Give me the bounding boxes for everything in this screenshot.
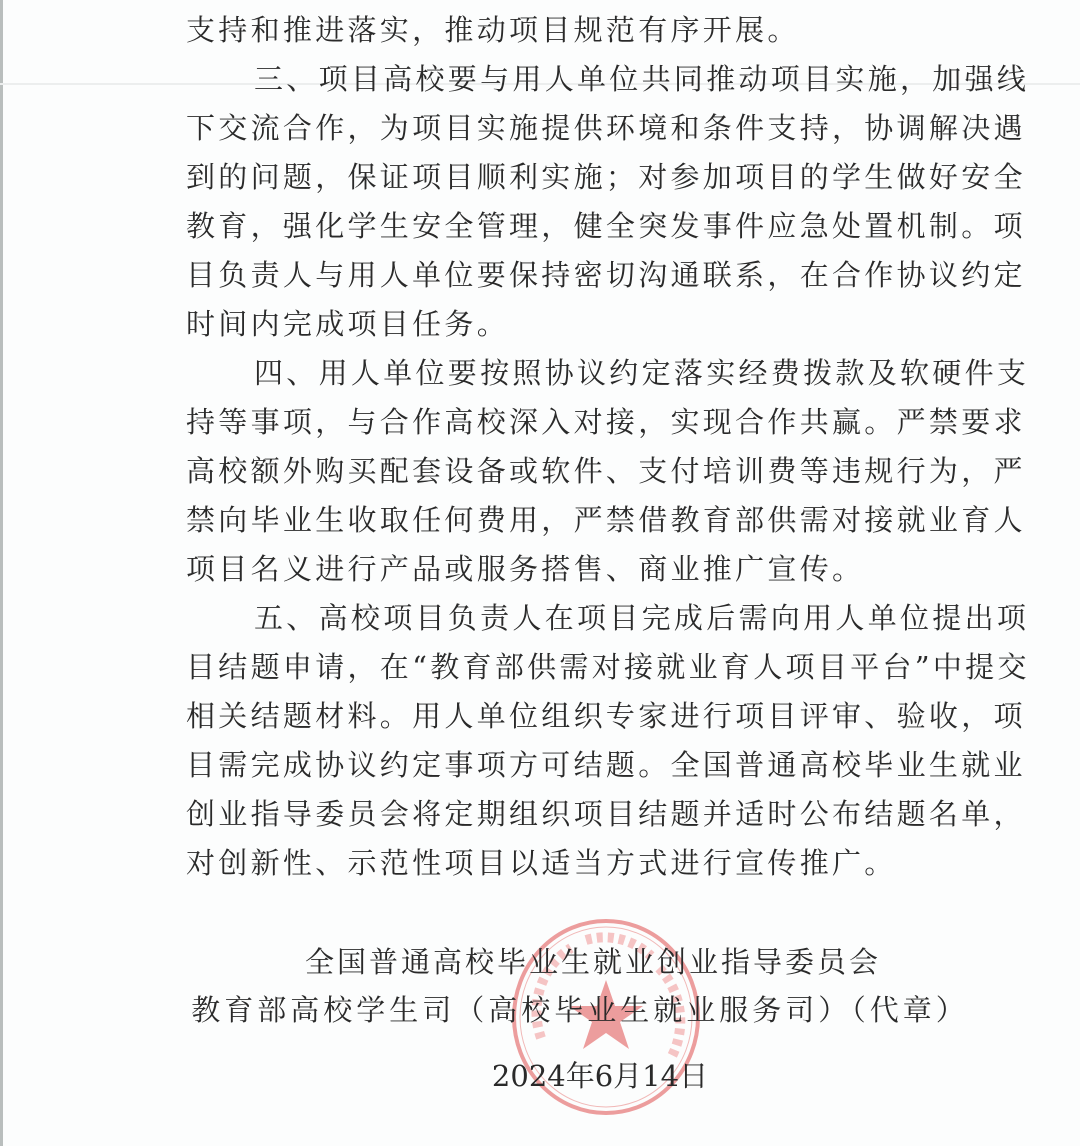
document-body: 支持和推进落实，推动项目规范有序开展。 三、项目高校要与用人单位共同推动项目实施… <box>186 6 906 888</box>
text-line: 五、高校项目负责人在项目完成后需向用人单位提出项 <box>186 594 906 643</box>
paragraph-item-5: 五、高校项目负责人在项目完成后需向用人单位提出项 目结题申请，在“教育部供需对接… <box>186 594 906 888</box>
text-line: 目负责人与用人单位要保持密切沟通联系，在合作协议约定 <box>186 251 906 300</box>
scan-left-edge <box>0 0 3 1146</box>
text-line: 时间内完成项目任务。 <box>186 300 906 349</box>
document-date: 2024年6月14日 <box>60 1054 1080 1095</box>
issuer-department: 教育部高校学生司（高校毕业生就业服务司）（代章） <box>40 988 1080 1029</box>
paragraph-item-4: 四、用人单位要按照协议约定落实经费拨款及软硬件支 持等事项，与合作高校深入对接，… <box>186 349 906 594</box>
text-line: 目需完成协议约定事项方可结题。全国普通高校毕业生就业 <box>186 741 906 790</box>
text-line: 创业指导委员会将定期组织项目结题并适时公布结题名单， <box>186 790 906 839</box>
text-line: 支持和推进落实，推动项目规范有序开展。 <box>186 6 906 55</box>
text-line: 四、用人单位要按照协议约定落实经费拨款及软硬件支 <box>186 349 906 398</box>
text-line: 高校额外购买配套设备或软件、支付培训费等违规行为，严 <box>186 447 906 496</box>
paragraph-item-3: 三、项目高校要与用人单位共同推动项目实施，加强线 下交流合作，为项目实施提供环境… <box>186 55 906 349</box>
text-line: 项目名义进行产品或服务搭售、商业推广宣传。 <box>186 545 906 594</box>
paragraph-continuation: 支持和推进落实，推动项目规范有序开展。 <box>186 6 906 55</box>
text-line: 下交流合作，为项目实施提供环境和条件支持，协调解决遇 <box>186 104 906 153</box>
text-line: 禁向毕业生收取任何费用，严禁借教育部供需对接就业育人 <box>186 496 906 545</box>
text-line: 持等事项，与合作高校深入对接，实现合作共赢。严禁要求 <box>186 398 906 447</box>
text-line: 三、项目高校要与用人单位共同推动项目实施，加强线 <box>186 55 906 104</box>
text-line: 目结题申请，在“教育部供需对接就业育人项目平台”中提交 <box>186 643 906 692</box>
issuer-committee: 全国普通高校毕业生就业创业指导委员会 <box>53 940 1080 981</box>
text-line: 到的问题，保证项目顺利实施；对参加项目的学生做好安全 <box>186 153 906 202</box>
text-line: 相关结题材料。用人单位组织专家进行项目评审、验收，项 <box>186 692 906 741</box>
text-line: 对创新性、示范性项目以适当方式进行宣传推广。 <box>186 839 906 888</box>
text-line: 教育，强化学生安全管理，健全突发事件应急处置机制。项 <box>186 202 906 251</box>
